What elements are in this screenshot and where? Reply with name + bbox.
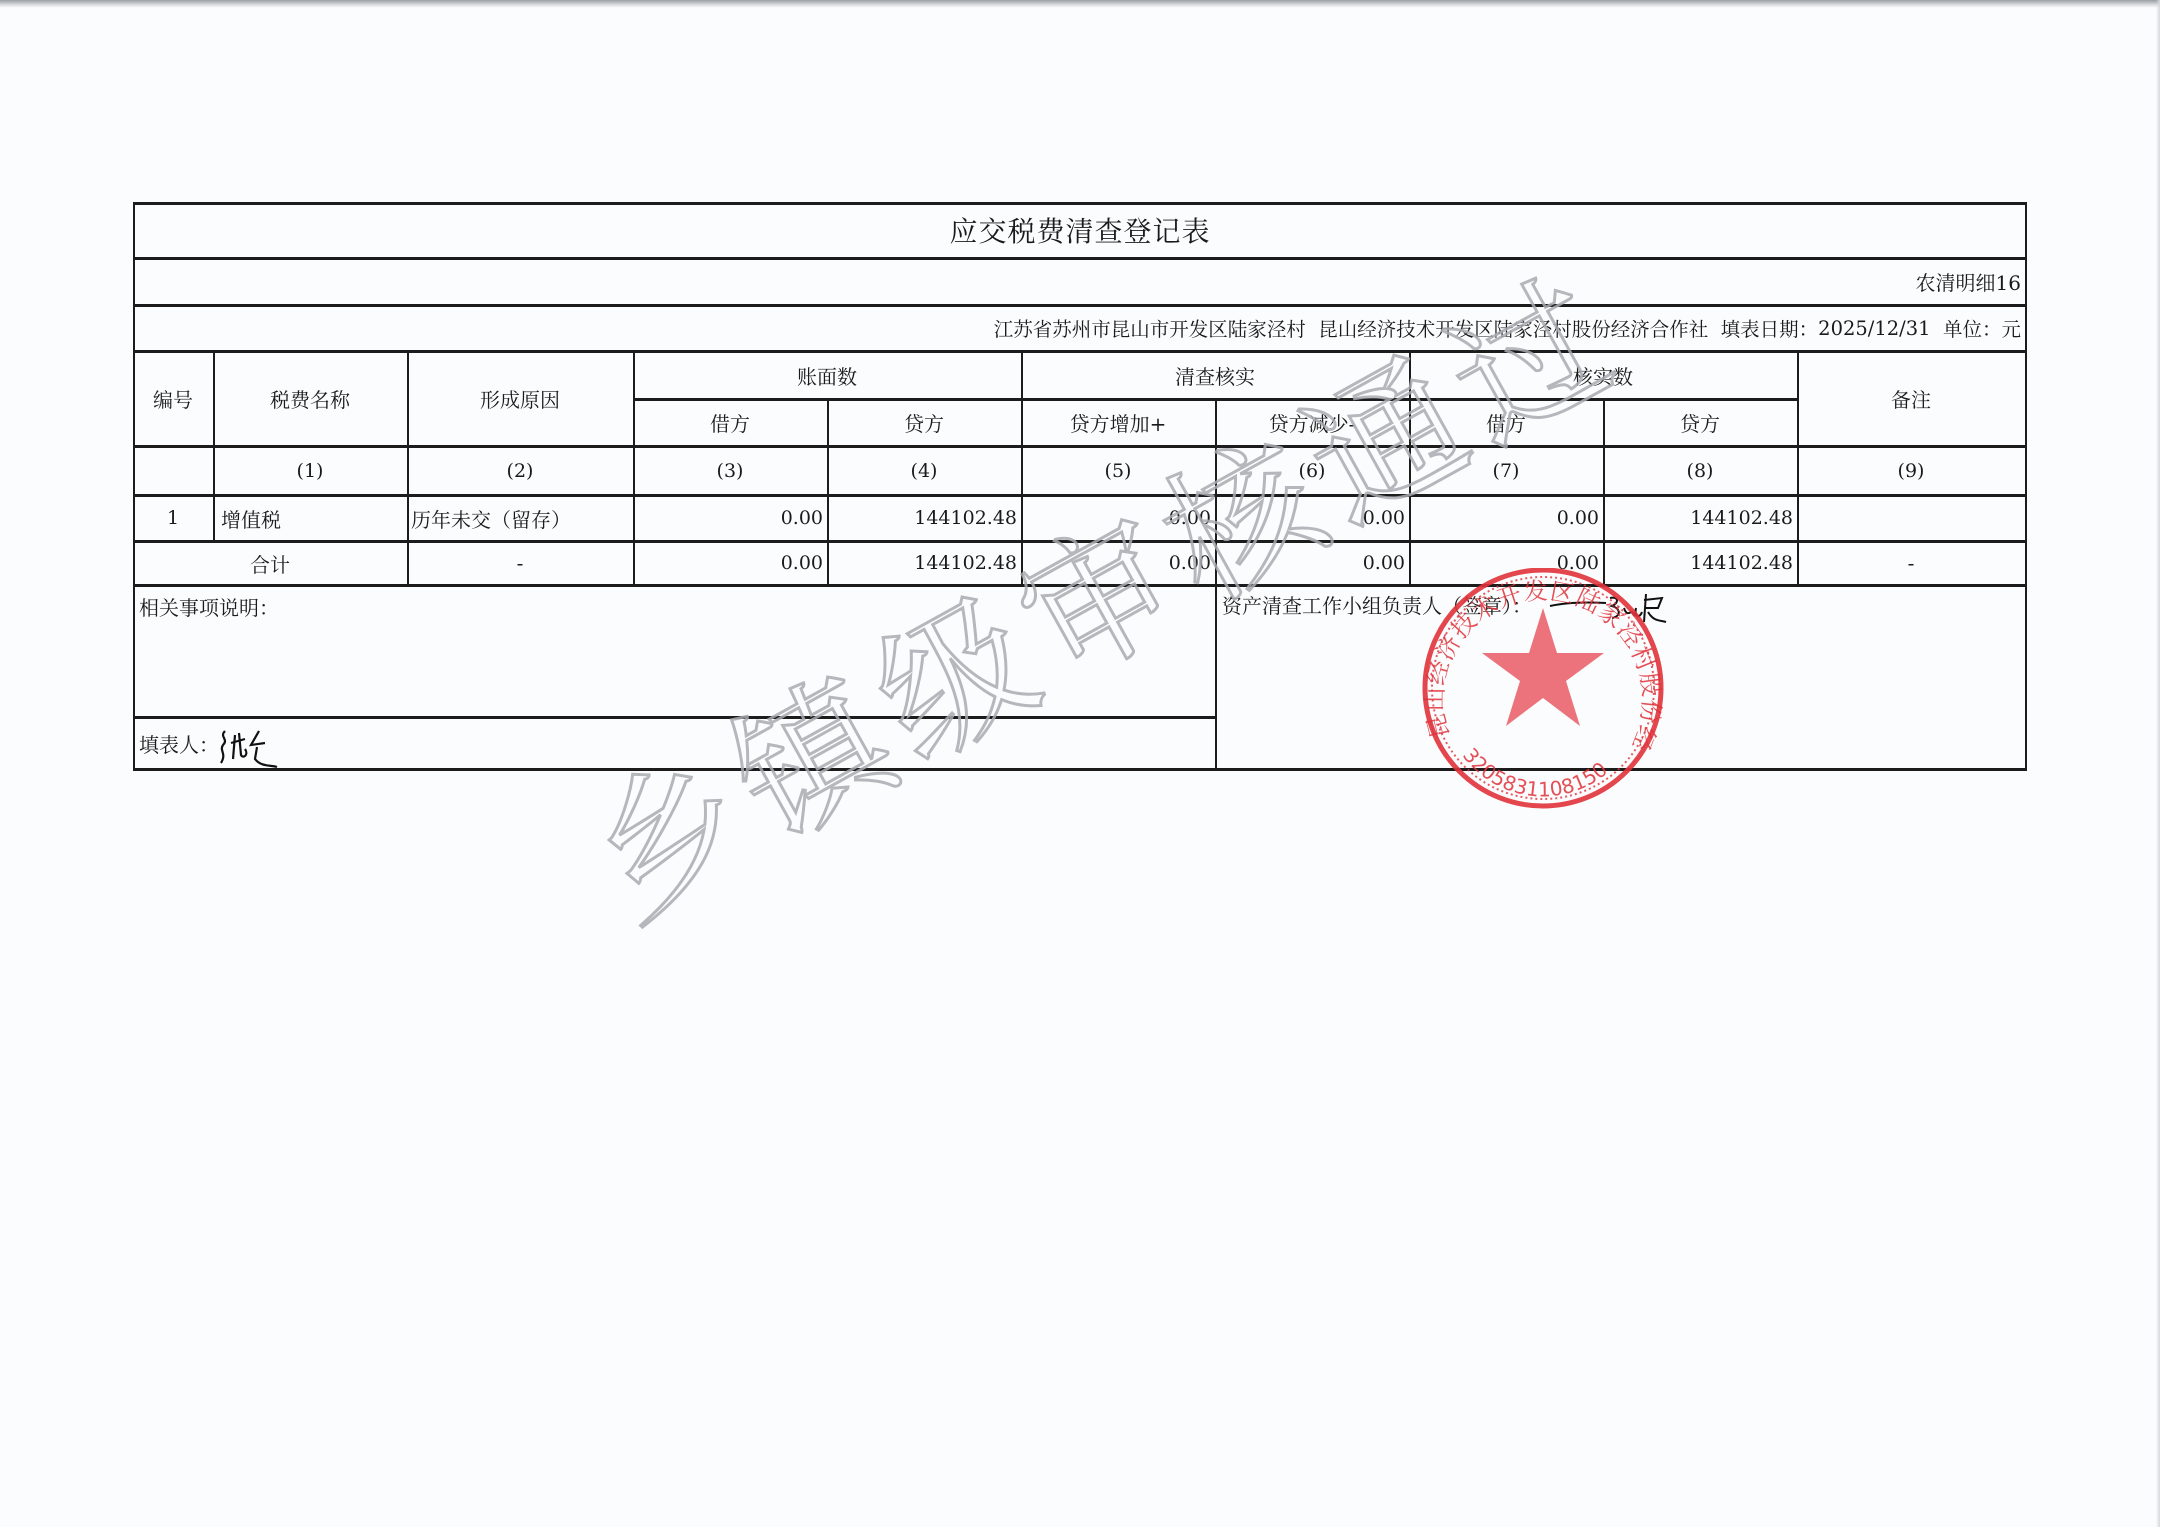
col-index: (7) bbox=[1409, 446, 1603, 495]
unit: 元 bbox=[2001, 314, 2021, 342]
org-line: 江苏省苏州市昆山市开发区陆家泾村 昆山经济技术开发区陆家泾村股份经济合作社 填表… bbox=[133, 305, 2025, 351]
row-verified-debit: 0.00 bbox=[1409, 495, 1603, 541]
header-audit: 清查核实 bbox=[1021, 351, 1409, 399]
row-no: 1 bbox=[133, 495, 213, 541]
header-no: 编号 bbox=[133, 351, 213, 446]
row-cause: 历年未交（留存） bbox=[407, 495, 633, 541]
total-verified-credit: 144102.48 bbox=[1603, 541, 1797, 585]
unit-label: 单位： bbox=[1943, 314, 2002, 342]
row-book-credit: 144102.48 bbox=[827, 495, 1021, 541]
col-index: (5) bbox=[1021, 446, 1215, 495]
form-title: 应交税费清查登记表 bbox=[133, 202, 2027, 258]
header-verified-debit: 借方 bbox=[1409, 399, 1603, 446]
form-code: 农清明细16 bbox=[133, 258, 2025, 305]
total-cause: - bbox=[407, 541, 633, 585]
total-verified-debit: 0.00 bbox=[1409, 541, 1603, 585]
row-credit-increase: 0.00 bbox=[1021, 495, 1215, 541]
leader-signature-label: 资产清查工作小组负责人（签章）： bbox=[1217, 586, 2017, 626]
tax-register-form: 应交税费清查登记表 农清明细16 江苏省苏州市昆山市开发区陆家泾村 昆山经济技术… bbox=[0, 0, 2160, 1527]
header-cause: 形成原因 bbox=[407, 351, 633, 446]
notes-label: 相关事项说明： bbox=[135, 586, 1215, 716]
total-book-debit: 0.00 bbox=[633, 541, 827, 585]
header-verified-credit: 贷方 bbox=[1603, 399, 1797, 446]
table-border-right bbox=[2025, 202, 2027, 770]
header-credit-increase: 贷方增加+ bbox=[1021, 399, 1215, 446]
fill-date-label: 填表日期： bbox=[1721, 314, 1819, 342]
col-index: (3) bbox=[633, 446, 827, 495]
header-book-debit: 借方 bbox=[633, 399, 827, 446]
header-tax-name: 税费名称 bbox=[213, 351, 407, 446]
row-credit-decrease: 0.00 bbox=[1215, 495, 1409, 541]
row-book-debit: 0.00 bbox=[633, 495, 827, 541]
svg-text:3205831108150: 3205831108150 bbox=[1458, 743, 1612, 801]
header-credit-decrease: 贷方减少- bbox=[1215, 399, 1409, 446]
col-index: (4) bbox=[827, 446, 1021, 495]
total-label: 合计 bbox=[133, 541, 407, 585]
col-index: (2) bbox=[407, 446, 633, 495]
region: 江苏省苏州市昆山市开发区陆家泾村 bbox=[994, 314, 1306, 342]
total-remark: - bbox=[1797, 541, 2025, 585]
table-border-bottom bbox=[133, 768, 2027, 771]
col-index: (6) bbox=[1215, 446, 1409, 495]
filler-label: 填表人： bbox=[135, 718, 335, 768]
organization: 昆山经济技术开发区陆家泾村股份经济合作社 bbox=[1318, 314, 1708, 342]
header-book: 账面数 bbox=[633, 351, 1021, 399]
header-book-credit: 贷方 bbox=[827, 399, 1021, 446]
header-verified: 核实数 bbox=[1409, 351, 1797, 399]
header-remark: 备注 bbox=[1797, 351, 2025, 446]
row-tax-name: 增值税 bbox=[213, 495, 407, 541]
col-index: (1) bbox=[213, 446, 407, 495]
row-verified-credit: 144102.48 bbox=[1603, 495, 1797, 541]
total-credit-increase: 0.00 bbox=[1021, 541, 1215, 585]
total-credit-decrease: 0.00 bbox=[1215, 541, 1409, 585]
col-index: (9) bbox=[1797, 446, 2025, 495]
row-remark bbox=[1797, 495, 2025, 541]
total-book-credit: 144102.48 bbox=[827, 541, 1021, 585]
fill-date: 2025/12/31 bbox=[1818, 317, 1930, 340]
col-index: (8) bbox=[1603, 446, 1797, 495]
